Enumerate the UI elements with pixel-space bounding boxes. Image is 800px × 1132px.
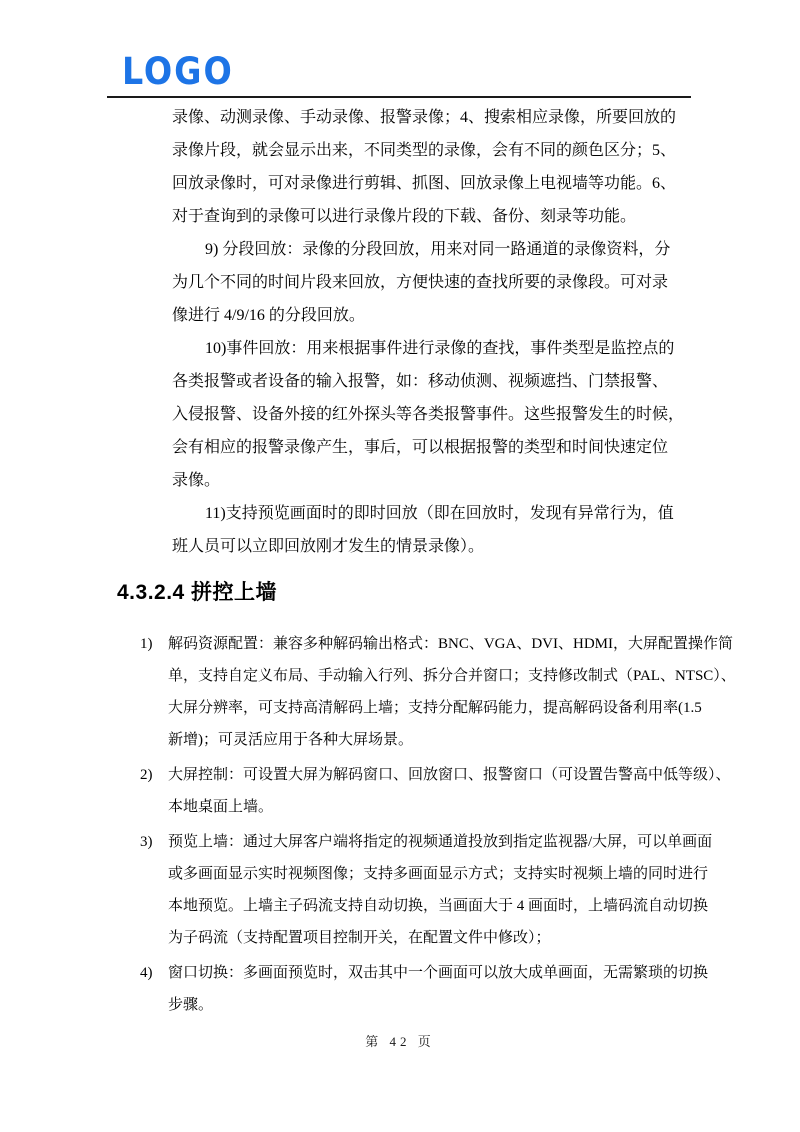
page-number: 第 42 页 xyxy=(365,1034,435,1049)
feature-item-number: 3) xyxy=(140,826,168,858)
numbered-paragraph: 9) 分段回放：录像的分段回放，用来对同一路通道的录像资料，分 为几个不同的时间… xyxy=(172,233,692,332)
feature-list-item: 4) 窗口切换：多画面预览时，双击其中一个画面可以放大成单画面，无需繁琐的切换 … xyxy=(140,957,696,1021)
company-logo: LOGO xyxy=(122,52,234,92)
feature-list-item: 1) 解码资源配置：兼容多种解码输出格式：BNC、VGA、DVI、HDMI，大屏… xyxy=(140,628,696,756)
header-divider xyxy=(107,96,691,98)
numbered-paragraph: 11)支持预览画面时的即时回放（即在回放时，发现有异常行为，值 班人员可以立即回… xyxy=(172,497,692,563)
numbered-paragraph: 10)事件回放：用来根据事件进行录像的查找，事件类型是监控点的 各类报警或者设备… xyxy=(172,332,692,497)
feature-list-item: 3) 预览上墙：通过大屏客户端将指定的视频通道投放到指定监视器/大屏，可以单画面… xyxy=(140,826,696,954)
section-heading: 4.3.2.4 拼控上墙 xyxy=(117,580,277,606)
feature-item-text: 大屏控制：可设置大屏为解码窗口、回放窗口、报警窗口（可设置告警高中低等级）、 本… xyxy=(168,759,731,823)
numbered-paragraphs: 9) 分段回放：录像的分段回放，用来对同一路通道的录像资料，分 为几个不同的时间… xyxy=(172,233,692,563)
feature-item-text: 预览上墙：通过大屏客户端将指定的视频通道投放到指定监视器/大屏，可以单画面 或多… xyxy=(168,826,712,954)
feature-item-text: 窗口切换：多画面预览时，双击其中一个画面可以放大成单画面，无需繁琐的切换 步骤。 xyxy=(168,957,708,1021)
continued-paragraph: 录像、动测录像、手动录像、报警录像；4、搜索相应录像，所要回放的 录像片段，就会… xyxy=(172,101,692,233)
feature-item-text: 解码资源配置：兼容多种解码输出格式：BNC、VGA、DVI、HDMI，大屏配置操… xyxy=(168,628,736,756)
page-footer: 第 42 页 xyxy=(0,1031,800,1050)
document-page: LOGO 录像、动测录像、手动录像、报警录像；4、搜索相应录像，所要回放的 录像… xyxy=(0,0,800,1132)
playback-section-body: 录像、动测录像、手动录像、报警录像；4、搜索相应录像，所要回放的 录像片段，就会… xyxy=(172,101,692,563)
feature-item-number: 4) xyxy=(140,957,168,989)
feature-item-number: 2) xyxy=(140,759,168,791)
feature-list: 1) 解码资源配置：兼容多种解码输出格式：BNC、VGA、DVI、HDMI，大屏… xyxy=(140,628,696,1024)
feature-list-item: 2) 大屏控制：可设置大屏为解码窗口、回放窗口、报警窗口（可设置告警高中低等级）… xyxy=(140,759,696,823)
feature-item-number: 1) xyxy=(140,628,168,660)
